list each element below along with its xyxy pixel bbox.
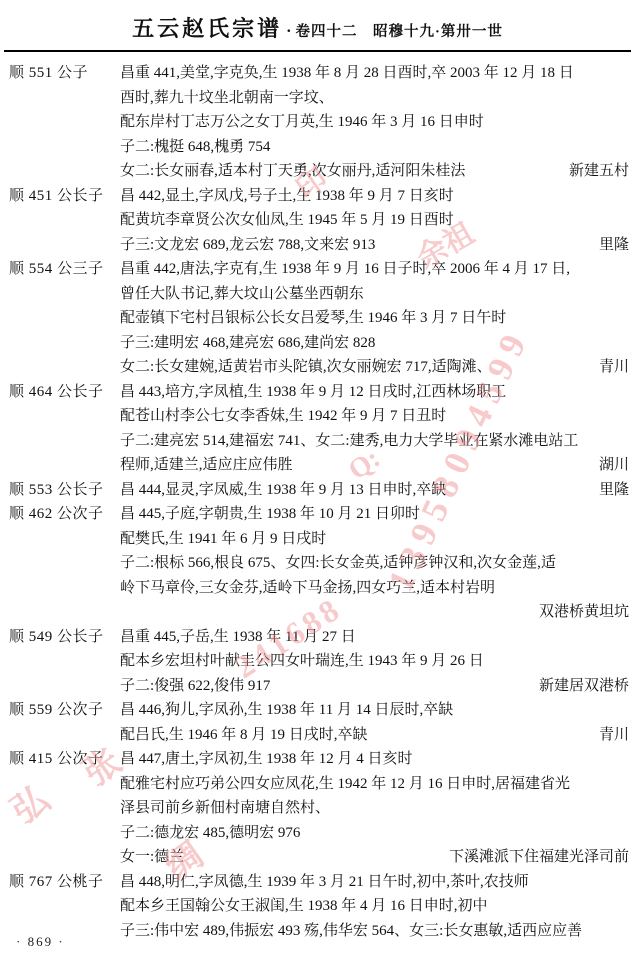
- entry-line: 子二:根标 566,根良 675、女四:长女金英,适钟彦钟汉和,次女金莲,适: [120, 551, 629, 576]
- line-text: 配壶镇下宅村吕银标公长女吕爱琴,生 1946 年 3 月 7 日午时: [120, 306, 629, 331]
- line-text: 子二:德龙宏 485,德明宏 976: [120, 821, 629, 846]
- entry-line: 配雅宅村应巧弟公四女应凤花,生 1942 年 12 月 16 日申时,居福建省光: [120, 772, 629, 797]
- volume-subtitle: 卷四十二 昭穆十九·第卅一世: [296, 24, 503, 40]
- entry-line: 程师,适建兰,适应庄应伟胜湖川: [120, 453, 629, 478]
- line-text: 女一:德兰: [120, 845, 441, 870]
- entry-line: 昌 447,唐土,字凤初,生 1938 年 12 月 4 日亥时: [120, 747, 629, 772]
- entry-label: 顺 464 公长子: [9, 380, 120, 405]
- line-text: 子三:伟中宏 489,伟振宏 493 殇,伟华宏 564、女三:长女惠敏,适西应…: [120, 919, 629, 944]
- entry-body: 昌 446,狗儿,字凤孙,生 1938 年 11 月 14 日辰时,卒缺配吕氏,…: [120, 698, 629, 747]
- line-place: 青川: [599, 723, 629, 748]
- line-place: 里隆: [599, 478, 629, 503]
- line-text: 程师,适建兰,适应庄应伟胜: [120, 453, 591, 478]
- entry-label: 顺 462 公次子: [9, 502, 120, 527]
- entry-line: 女二:长女建婉,适黄岩市头陀镇,次女丽婉宏 717,适陶滩、青川: [120, 355, 629, 380]
- entry-label: 顺 551 公子: [9, 61, 120, 86]
- line-text: 酉时,葬九十坟坐北朝南一字坟、: [120, 86, 629, 111]
- line-text: 配黄坑李章贤公次女仙凤,生 1945 年 5 月 19 日酉时: [120, 208, 629, 233]
- line-text: 配雅宅村应巧弟公四女应凤花,生 1942 年 12 月 16 日申时,居福建省光: [120, 772, 629, 797]
- entries: 顺 551 公子 昌重 441,美堂,字克奂,生 1938 年 8 月 28 日…: [0, 52, 635, 943]
- line-text: 昌 443,培方,字凤植,生 1938 年 9 月 12 日戌时,江西林场职工: [120, 380, 629, 405]
- entry-line: 配壶镇下宅村吕银标公长女吕爱琴,生 1946 年 3 月 7 日午时: [120, 306, 629, 331]
- entry-line: 子三:建明宏 468,建亮宏 686,建尚宏 828: [120, 331, 629, 356]
- title-separator: ·: [282, 23, 295, 40]
- line-text: 子二:槐挺 648,槐勇 754: [120, 135, 629, 160]
- entry-line: 配本乡王国翰公女王淑闺,生 1938 年 4 月 16 日申时,初中: [120, 894, 629, 919]
- entry-body: 昌 448,明仁,字凤德,生 1939 年 3 月 21 日午时,初中,茶叶,农…: [120, 870, 629, 944]
- entry-line: 泽县司前乡新佃村南塘自然村、: [120, 796, 629, 821]
- genealogy-entry: 顺 415 公次子 昌 447,唐土,字凤初,生 1938 年 12 月 4 日…: [9, 747, 629, 870]
- entry-body: 昌 443,培方,字凤植,生 1938 年 9 月 12 日戌时,江西林场职工配…: [120, 380, 629, 478]
- entry-line: 昌 445,子庭,字朝贵,生 1938 年 10 月 21 日卯时: [120, 502, 629, 527]
- entry-body: 昌 444,显灵,字凤威,生 1938 年 9 月 13 日申时,卒缺里隆: [120, 478, 629, 503]
- entry-line: 酉时,葬九十坟坐北朝南一字坟、: [120, 86, 629, 111]
- genealogy-entry: 顺 462 公次子 昌 445,子庭,字朝贵,生 1938 年 10 月 21 …: [9, 502, 629, 625]
- line-text: 配苍山村李公七女李香妹,生 1942 年 9 月 7 日丑时: [120, 404, 629, 429]
- line-text: 女二:长女丽春,适本村丁天勇,次女丽丹,适河阳朱桂法: [120, 159, 561, 184]
- entry-line: 子三:伟中宏 489,伟振宏 493 殇,伟华宏 564、女三:长女惠敏,适西应…: [120, 919, 629, 944]
- entry-line: 子二:德龙宏 485,德明宏 976: [120, 821, 629, 846]
- line-place: 下溪滩派下住福建光泽司前: [449, 845, 629, 870]
- entry-body: 昌 447,唐土,字凤初,生 1938 年 12 月 4 日亥时配雅宅村应巧弟公…: [120, 747, 629, 870]
- genealogy-entry: 顺 451 公长子 昌 442,显土,字凤戊,号子土,生 1938 年 9 月 …: [9, 184, 629, 258]
- line-place: 湖川: [599, 453, 629, 478]
- entry-line: 子二:建亮宏 514,建福宏 741、女二:建秀,电力大学毕业在紧水滩电站工: [120, 429, 629, 454]
- line-text: 昌重 441,美堂,字克奂,生 1938 年 8 月 28 日酉时,卒 2003…: [120, 61, 629, 86]
- entry-line: 配本乡宏坦村叶献圭公四女叶瑞连,生 1943 年 9 月 26 日: [120, 649, 629, 674]
- line-text: 女二:长女建婉,适黄岩市头陀镇,次女丽婉宏 717,适陶滩、: [120, 355, 591, 380]
- entry-line: 子三:文龙宏 689,龙云宏 788,文来宏 913里隆: [120, 233, 629, 258]
- entry-line: 女二:长女丽春,适本村丁天勇,次女丽丹,适河阳朱桂法新建五村: [120, 159, 629, 184]
- entry-line: 曾任大队书记,葬大坟山公墓坐西朝东: [120, 282, 629, 307]
- line-text: 配本乡宏坦村叶献圭公四女叶瑞连,生 1943 年 9 月 26 日: [120, 649, 629, 674]
- line-text: 配本乡王国翰公女王淑闺,生 1938 年 4 月 16 日申时,初中: [120, 894, 629, 919]
- line-text: 配吕氏,生 1946 年 8 月 19 日戌时,卒缺: [120, 723, 591, 748]
- line-place: 里隆: [599, 233, 629, 258]
- line-text: 昌 446,狗儿,字凤孙,生 1938 年 11 月 14 日辰时,卒缺: [120, 698, 629, 723]
- entry-line: 配吕氏,生 1946 年 8 月 19 日戌时,卒缺青川: [120, 723, 629, 748]
- page-number: · 869 ·: [16, 934, 65, 950]
- entry-line: 昌 446,狗儿,字凤孙,生 1938 年 11 月 14 日辰时,卒缺: [120, 698, 629, 723]
- line-text: 昌 442,显土,字凤戊,号子土,生 1938 年 9 月 7 日亥时: [120, 184, 629, 209]
- genealogy-entry: 顺 767 公桃子 昌 448,明仁,字凤德,生 1939 年 3 月 21 日…: [9, 870, 629, 944]
- line-place: 新建五村: [569, 159, 629, 184]
- line-place: 新建居双港桥: [539, 674, 629, 699]
- entry-line: 昌重 442,唐法,字克有,生 1938 年 9 月 16 日子时,卒 2006…: [120, 257, 629, 282]
- line-text: [120, 600, 531, 625]
- page-header: 五云赵氏宗谱·卷四十二 昭穆十九·第卅一世: [0, 0, 635, 43]
- line-text: 昌 444,显灵,字凤威,生 1938 年 9 月 13 日申时,卒缺: [120, 478, 591, 503]
- entry-label: 顺 767 公桃子: [9, 870, 120, 895]
- line-place: 双港桥黄坦坑: [539, 600, 629, 625]
- entry-label: 顺 553 公长子: [9, 478, 120, 503]
- genealogy-entry: 顺 559 公次子 昌 446,狗儿,字凤孙,生 1938 年 11 月 14 …: [9, 698, 629, 747]
- entry-line: 昌 444,显灵,字凤威,生 1938 年 9 月 13 日申时,卒缺里隆: [120, 478, 629, 503]
- line-text: 子二:俊强 622,俊伟 917: [120, 674, 531, 699]
- entry-line: 配东岸村丁志万公之女丁月英,生 1946 年 3 月 16 日申时: [120, 110, 629, 135]
- line-text: 曾任大队书记,葬大坟山公墓坐西朝东: [120, 282, 629, 307]
- entry-line: 配苍山村李公七女李香妹,生 1942 年 9 月 7 日丑时: [120, 404, 629, 429]
- genealogy-entry: 顺 464 公长子 昌 443,培方,字凤植,生 1938 年 9 月 12 日…: [9, 380, 629, 478]
- genealogy-entry: 顺 549 公长子 昌重 445,子岳,生 1938 年 11 月 27 日配本…: [9, 625, 629, 699]
- book-title: 五云赵氏宗谱: [132, 16, 282, 41]
- line-text: 昌重 445,子岳,生 1938 年 11 月 27 日: [120, 625, 629, 650]
- line-text: 昌重 442,唐法,字克有,生 1938 年 9 月 16 日子时,卒 2006…: [120, 257, 629, 282]
- line-text: 岭下马章伶,三女金芬,适岭下马金扬,四女巧兰,适本村岩明: [120, 576, 629, 601]
- entry-label: 顺 415 公次子: [9, 747, 120, 772]
- genealogy-entry: 顺 553 公长子 昌 444,显灵,字凤威,生 1938 年 9 月 13 日…: [9, 478, 629, 503]
- entry-body: 昌重 441,美堂,字克奂,生 1938 年 8 月 28 日酉时,卒 2003…: [120, 61, 629, 184]
- entry-label: 顺 451 公长子: [9, 184, 120, 209]
- line-text: 子二:根标 566,根良 675、女四:长女金英,适钟彦钟汉和,次女金莲,适: [120, 551, 629, 576]
- entry-line: 女一:德兰下溪滩派下住福建光泽司前: [120, 845, 629, 870]
- entry-line: 昌 442,显土,字凤戊,号子土,生 1938 年 9 月 7 日亥时: [120, 184, 629, 209]
- entry-line: 昌 443,培方,字凤植,生 1938 年 9 月 12 日戌时,江西林场职工: [120, 380, 629, 405]
- line-text: 泽县司前乡新佃村南塘自然村、: [120, 796, 629, 821]
- entry-label: 顺 554 公三子: [9, 257, 120, 282]
- entry-body: 昌重 442,唐法,字克有,生 1938 年 9 月 16 日子时,卒 2006…: [120, 257, 629, 380]
- line-place: 青川: [599, 355, 629, 380]
- entry-line: 配樊氏,生 1941 年 6 月 9 日戌时: [120, 527, 629, 552]
- entry-line: 配黄坑李章贤公次女仙凤,生 1945 年 5 月 19 日酉时: [120, 208, 629, 233]
- entry-line: 岭下马章伶,三女金芬,适岭下马金扬,四女巧兰,适本村岩明: [120, 576, 629, 601]
- genealogy-entry: 顺 551 公子 昌重 441,美堂,字克奂,生 1938 年 8 月 28 日…: [9, 61, 629, 184]
- line-text: 子三:文龙宏 689,龙云宏 788,文来宏 913: [120, 233, 591, 258]
- line-text: 子三:建明宏 468,建亮宏 686,建尚宏 828: [120, 331, 629, 356]
- entry-body: 昌 445,子庭,字朝贵,生 1938 年 10 月 21 日卯时配樊氏,生 1…: [120, 502, 629, 625]
- entry-line: 昌 448,明仁,字凤德,生 1939 年 3 月 21 日午时,初中,茶叶,农…: [120, 870, 629, 895]
- entry-line: 昌重 441,美堂,字克奂,生 1938 年 8 月 28 日酉时,卒 2003…: [120, 61, 629, 86]
- entry-line: 双港桥黄坦坑: [120, 600, 629, 625]
- entry-label: 顺 559 公次子: [9, 698, 120, 723]
- line-text: 配东岸村丁志万公之女丁月英,生 1946 年 3 月 16 日申时: [120, 110, 629, 135]
- line-text: 配樊氏,生 1941 年 6 月 9 日戌时: [120, 527, 629, 552]
- entry-line: 子二:俊强 622,俊伟 917新建居双港桥: [120, 674, 629, 699]
- entry-line: 子二:槐挺 648,槐勇 754: [120, 135, 629, 160]
- entry-label: 顺 549 公长子: [9, 625, 120, 650]
- entry-body: 昌重 445,子岳,生 1938 年 11 月 27 日配本乡宏坦村叶献圭公四女…: [120, 625, 629, 699]
- line-text: 昌 445,子庭,字朝贵,生 1938 年 10 月 21 日卯时: [120, 502, 629, 527]
- line-text: 昌 448,明仁,字凤德,生 1939 年 3 月 21 日午时,初中,茶叶,农…: [120, 870, 629, 895]
- line-text: 子二:建亮宏 514,建福宏 741、女二:建秀,电力大学毕业在紧水滩电站工: [120, 429, 629, 454]
- entry-body: 昌 442,显土,字凤戊,号子土,生 1938 年 9 月 7 日亥时配黄坑李章…: [120, 184, 629, 258]
- entry-line: 昌重 445,子岳,生 1938 年 11 月 27 日: [120, 625, 629, 650]
- line-text: 昌 447,唐土,字凤初,生 1938 年 12 月 4 日亥时: [120, 747, 629, 772]
- genealogy-page: 五云赵氏宗谱·卷四十二 昭穆十九·第卅一世 顺 551 公子 昌重 441,美堂…: [0, 0, 635, 968]
- genealogy-entry: 顺 554 公三子 昌重 442,唐法,字克有,生 1938 年 9 月 16 …: [9, 257, 629, 380]
